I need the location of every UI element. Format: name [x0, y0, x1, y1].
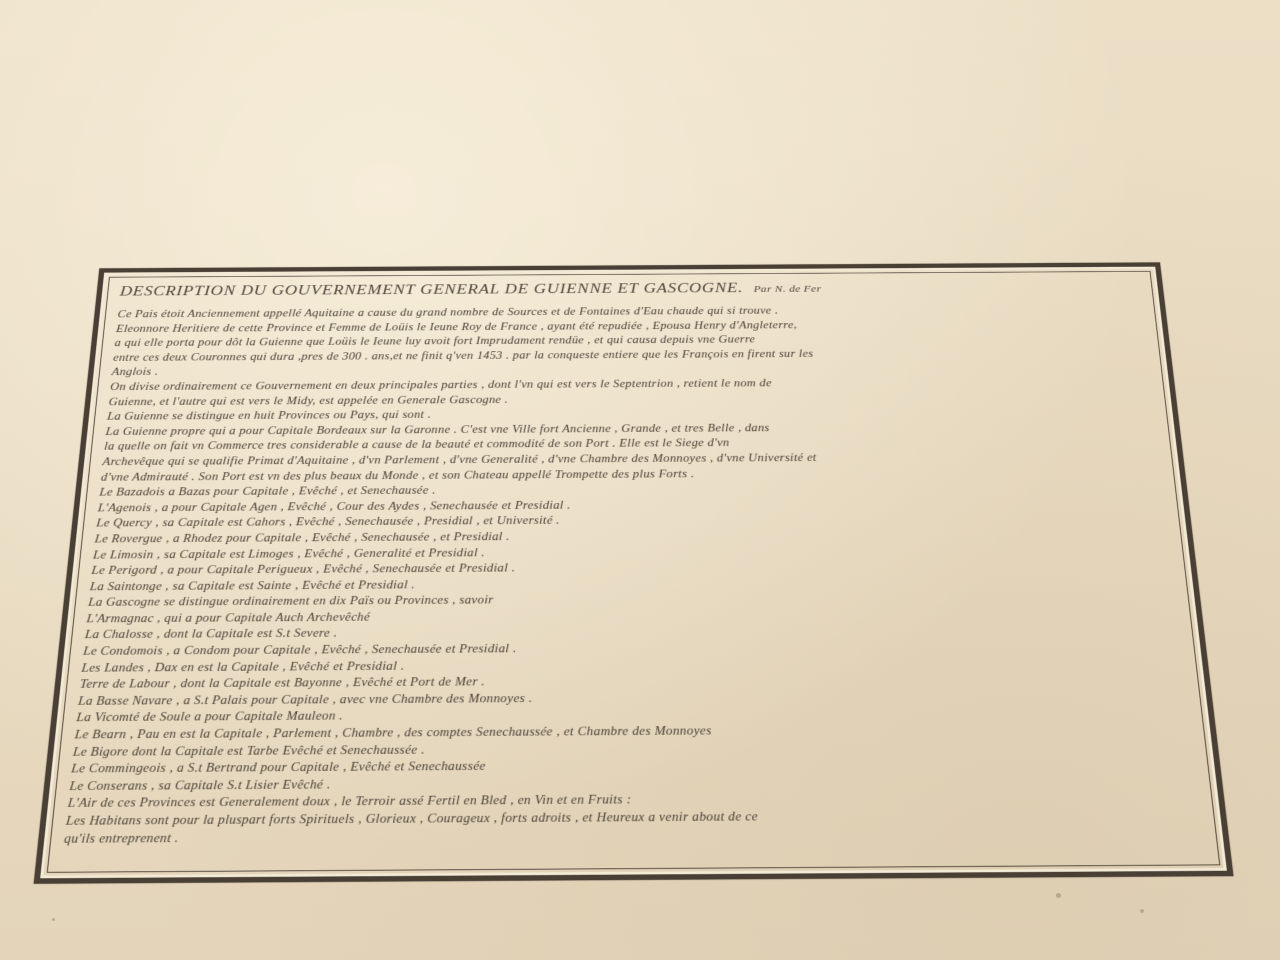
plate-content: DESCRIPTION DU GOUVERNEMENT GENERAL DE G…	[61, 278, 1207, 865]
document-title: DESCRIPTION DU GOUVERNEMENT GENERAL DE G…	[119, 280, 743, 299]
engraved-plate: DESCRIPTION DU GOUVERNEMENT GENERAL DE G…	[34, 262, 1234, 883]
paper-speck	[1140, 909, 1144, 913]
document-author: Par N. de Fer	[753, 283, 821, 294]
description-text: Ce Pais étoit Anciennement appellé Aquit…	[63, 301, 1205, 847]
paper-speck	[52, 918, 55, 921]
photo-stage: DESCRIPTION DU GOUVERNEMENT GENERAL DE G…	[0, 0, 1280, 960]
paper-speck	[1056, 893, 1061, 898]
